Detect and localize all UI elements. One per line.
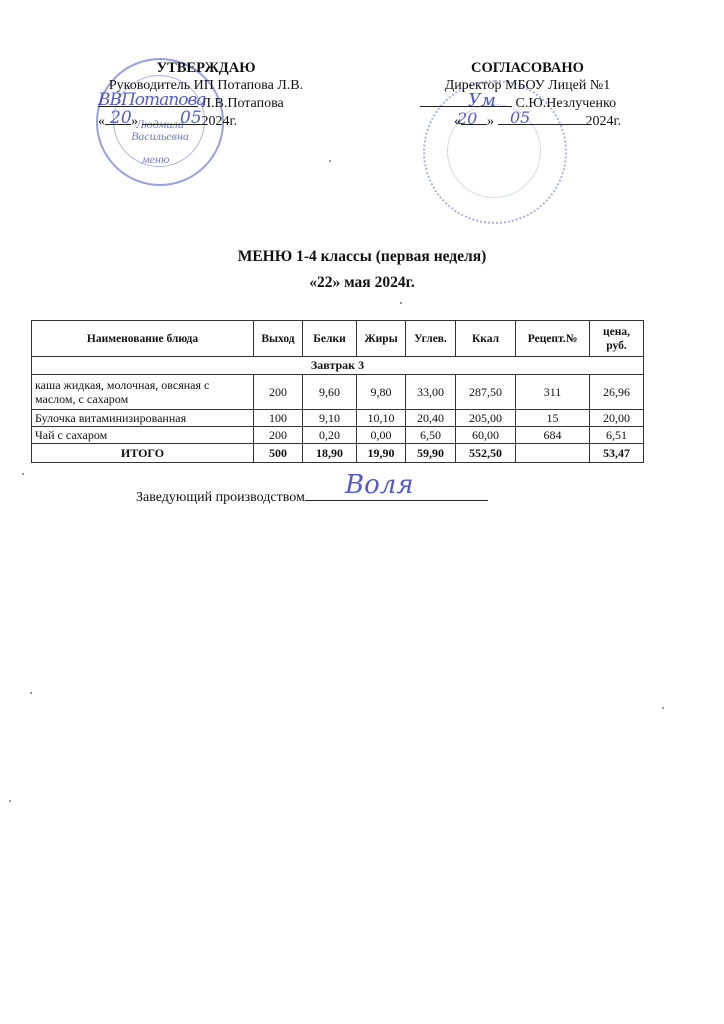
menu-date: «22» мая 2024г. [0,274,724,292]
column-header: Углев. [406,321,456,357]
price-cell: 6,51 [590,427,644,444]
carbs-cell: 33,00 [406,375,456,410]
quote-close: » [487,114,494,129]
total-recipe [516,444,590,463]
column-header: Рецепт.№ [516,321,590,357]
kcal-cell: 205,00 [456,410,516,427]
approval-right-date-month: 05 [510,108,530,127]
footer-signature: Воля [345,470,414,500]
dish-name: Булочка витаминизированная [32,410,254,427]
fats-cell: 10,10 [357,410,406,427]
kcal-cell: 287,50 [456,375,516,410]
scan-speck [22,473,24,475]
approval-left-date-month: 05 [180,108,202,128]
total-proteins: 18,90 [303,444,357,463]
approval-left-signer: Л.В.Потапова [202,96,284,111]
fats-cell: 9,80 [357,375,406,410]
total-row: ИТОГО 500 18,90 19,90 59,90 552,50 53,47 [32,444,644,463]
total-kcal: 552,50 [456,444,516,463]
carbs-cell: 6,50 [406,427,456,444]
footer-label: Заведующий производством [136,490,305,505]
table-header-row: Наименование блюда Выход Белки Жиры Угле… [32,321,644,357]
carbs-cell: 20,40 [406,410,456,427]
output-cell: 200 [254,375,303,410]
total-fats: 19,90 [357,444,406,463]
table-row: Булочка витаминизированная 100 9,10 10,1… [32,410,644,427]
proteins-cell: 9,60 [303,375,357,410]
recipe-cell: 311 [516,375,590,410]
section-label: Завтрак 3 [32,357,644,375]
total-label: ИТОГО [32,444,254,463]
column-header: Белки [303,321,357,357]
approval-right-date-day: 20 [457,109,477,128]
left-stamp-caption: меню [142,152,169,167]
approval-right-year: 2024г. [586,114,622,129]
total-output: 500 [254,444,303,463]
total-carbs: 59,90 [406,444,456,463]
dish-name: Чай с сахаром [32,427,254,444]
quote-open: « [98,114,105,129]
scan-speck [662,707,664,709]
recipe-cell: 15 [516,410,590,427]
output-cell: 100 [254,410,303,427]
price-cell: 20,00 [590,410,644,427]
section-row: Завтрак 3 [32,357,644,375]
price-cell: 26,96 [590,375,644,410]
scan-speck [400,302,402,304]
total-price: 53,47 [590,444,644,463]
approval-right-position: Директор МБОУ Лицей №1 [420,77,635,94]
scan-speck [30,692,32,694]
approval-left-signature: ВВПотапова [98,90,206,110]
quote-close: » [131,114,138,129]
fats-cell: 0,00 [357,427,406,444]
menu-title: МЕНЮ 1-4 классы (первая неделя) [0,248,724,266]
approval-left-year: 2024г. [202,114,238,129]
column-header: Выход [254,321,303,357]
approval-right-signer: С.Ю.Незлученко [516,96,617,111]
kcal-cell: 60,00 [456,427,516,444]
output-cell: 200 [254,427,303,444]
approval-right-heading: СОГЛАСОВАНО [420,60,635,77]
proteins-cell: 0,20 [303,427,357,444]
column-header: цена, руб. [590,321,644,357]
column-header: Наименование блюда [32,321,254,357]
column-header: Ккал [456,321,516,357]
column-header: Жиры [357,321,406,357]
table-row: каша жидкая, молочная, овсяная с маслом,… [32,375,644,410]
dish-name: каша жидкая, молочная, овсяная с маслом,… [32,375,254,410]
scan-speck [329,160,331,162]
approval-left-heading: УТВЕРЖДАЮ [86,60,326,77]
approval-right-signature: Ум [468,90,496,111]
footer-signoff: Заведующий производством [136,488,488,506]
table-row: Чай с сахаром 200 0,20 0,00 6,50 60,00 6… [32,427,644,444]
approval-left-date-day: 20 [110,108,132,128]
signature-line [420,94,512,107]
recipe-cell: 684 [516,427,590,444]
proteins-cell: 9,10 [303,410,357,427]
menu-table: Наименование блюда Выход Белки Жиры Угле… [31,320,644,463]
scan-speck [9,800,11,802]
